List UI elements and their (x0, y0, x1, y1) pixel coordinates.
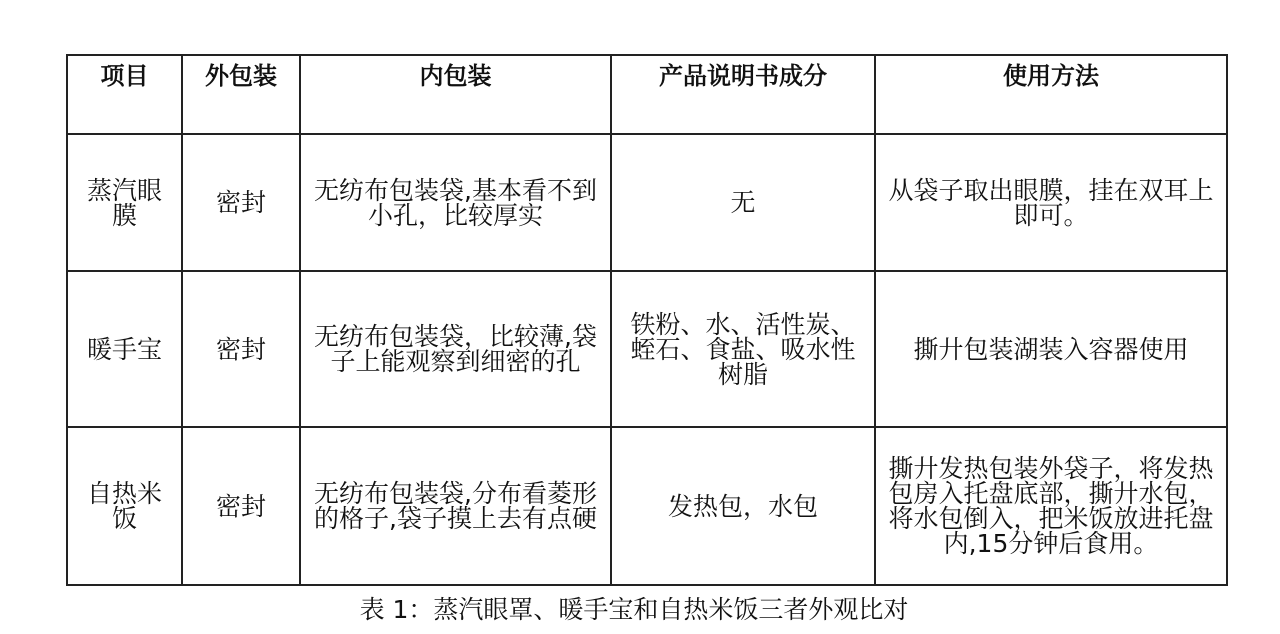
table-row: 自热米饭 密封 无纺布包装袋,分布看菱形的格子,袋子摸上去有点硬 发热包，水包 … (67, 427, 1227, 585)
header-usage: 使用方法 (875, 55, 1227, 134)
cell-outer-packaging: 密封 (182, 134, 300, 271)
cell-inner-packaging: 无纺布包装袋，比较薄,袋子上能观察到细密的孔 (300, 271, 611, 427)
cell-item: 自热米饭 (67, 427, 182, 585)
cell-ingredients: 发热包，水包 (611, 427, 875, 585)
cell-usage: 从袋子取出眼膜，挂在双耳上即可。 (875, 134, 1227, 271)
table-caption: 表 1：蒸汽眼罩、暖手宝和自热米饭三者外观比对 (0, 590, 1280, 626)
header-inner-packaging: 内包装 (300, 55, 611, 134)
cell-item: 暖手宝 (67, 271, 182, 427)
cell-outer-packaging: 密封 (182, 427, 300, 585)
table-row: 暖手宝 密封 无纺布包装袋，比较薄,袋子上能观察到细密的孔 铁粉、水、活性炭、蛭… (67, 271, 1227, 427)
header-row: 项目 外包装 内包装 产品说明书成分 使用方法 (67, 55, 1227, 134)
header-outer-packaging: 外包装 (182, 55, 300, 134)
cell-ingredients: 无 (611, 134, 875, 271)
cell-inner-packaging: 无纺布包装袋,基本看不到小孔，比较厚实 (300, 134, 611, 271)
header-ingredients: 产品说明书成分 (611, 55, 875, 134)
comparison-table: 项目 外包装 内包装 产品说明书成分 使用方法 蒸汽眼膜 密封 无纺布包装袋,基… (66, 54, 1228, 586)
table-row: 蒸汽眼膜 密封 无纺布包装袋,基本看不到小孔，比较厚实 无 从袋子取出眼膜，挂在… (67, 134, 1227, 271)
cell-ingredients: 铁粉、水、活性炭、蛭石、食盐、吸水性树脂 (611, 271, 875, 427)
cell-usage: 撕廾包装湖装入容器使用 (875, 271, 1227, 427)
cell-usage: 撕廾发热包装外袋子，将发热包房入托盘底部，撕廾水包，将水包倒入，把米饭放进托盘内… (875, 427, 1227, 585)
cell-inner-packaging: 无纺布包装袋,分布看菱形的格子,袋子摸上去有点硬 (300, 427, 611, 585)
caption-text: 表 1：蒸汽眼罩、暖手宝和自热米饭三者外观比对 (360, 595, 909, 624)
cell-item: 蒸汽眼膜 (67, 134, 182, 271)
cell-outer-packaging: 密封 (182, 271, 300, 427)
header-item: 项目 (67, 55, 182, 134)
